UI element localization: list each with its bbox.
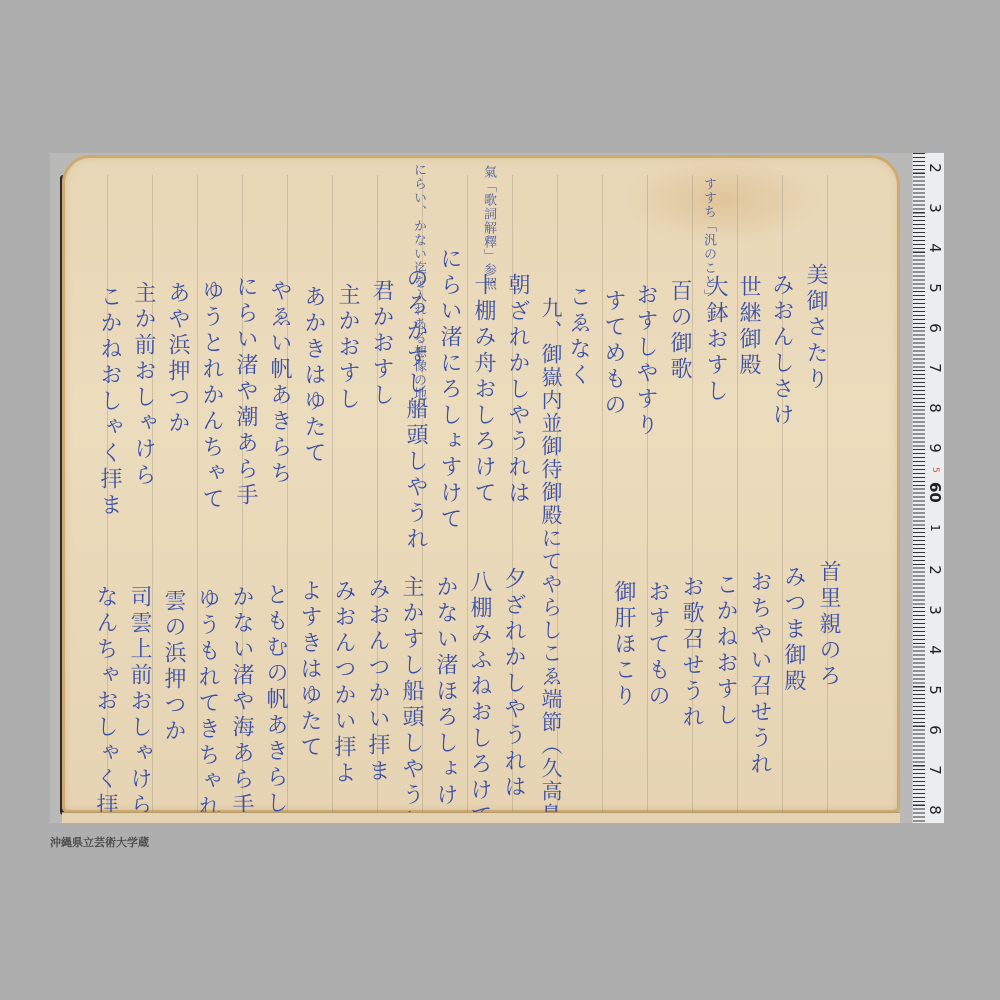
manuscript-column: にらい渚や潮あら手 <box>234 275 256 509</box>
manuscript-column: 主かおすし <box>336 283 358 413</box>
interlinear-note: にらい、かない迄を入れある想像の地名 <box>412 163 425 253</box>
ruler-label: 5 <box>926 682 944 698</box>
manuscript-column: かない渚や海あら手 <box>230 585 252 813</box>
manuscript-column: ゆうもれてきちゃれ <box>196 587 218 813</box>
manuscript-column: こかねおしゃく拝ま <box>98 285 120 519</box>
ruler-label: 5 <box>926 280 944 296</box>
manuscript-column: あや浜押つか <box>166 281 188 437</box>
manuscript-column: 夕ざれかしやうれは <box>502 567 524 801</box>
manuscript-column: 首里親のろ <box>817 560 839 690</box>
fingerprint-stain <box>622 155 822 245</box>
manuscript-column: みつま御殿 <box>782 565 804 695</box>
manuscript-column: なんちゃおしゃく拝ま <box>94 585 116 813</box>
ruler-label: 7 <box>926 360 944 376</box>
manuscript-column: やゑい帆あきらち <box>268 279 290 487</box>
manuscript-column: にらい渚にろしょすけて <box>438 247 460 533</box>
manuscript-column: おすしやすり <box>634 283 656 439</box>
manuscript-column: 御肝ほこり <box>612 580 634 710</box>
manuscript-column: 主か前おしゃけら <box>132 281 154 489</box>
ruler-label: 3 <box>926 200 944 216</box>
ruler-label: 1 <box>928 520 942 536</box>
ruler-red-mark: 5 <box>930 462 940 478</box>
ruler-label: 60 <box>926 482 944 498</box>
measuring-ruler: 2 3 4 5 6 7 8 9 5 60 1 2 3 4 5 6 7 8 <box>912 153 944 823</box>
ruler-label: 8 <box>926 400 944 416</box>
ruler-label: 3 <box>926 602 944 618</box>
manuscript-column: 朝ざれかしやうれは <box>506 273 528 507</box>
manuscript-column: お歌召せうれ <box>680 575 702 731</box>
ruler-ticks <box>913 153 925 823</box>
section-heading: 九、御嶽内並御待御殿にてやらしこゑ端節（久高島） <box>540 297 561 813</box>
manuscript-column: すてめもの <box>602 289 624 419</box>
ruler-label: 6 <box>926 722 944 738</box>
manuscript-column: こゑなく <box>567 285 589 389</box>
manuscript-column: よすきはゆたて <box>298 579 320 761</box>
manuscript-column: 美御さたり <box>804 263 826 393</box>
manuscript-column: おちやい召せうれ <box>748 570 770 778</box>
ruler-label: 2 <box>926 160 944 176</box>
ruler-label: 8 <box>926 802 944 818</box>
manuscript-column: 八棚みふねおしろけて <box>468 570 490 813</box>
manuscript-column: 司雲上前おしゃけら <box>128 585 150 813</box>
manuscript-column: あかきはゆたて <box>302 285 324 467</box>
manuscript-column: 主かすし船頭しやうれ <box>400 575 422 813</box>
ruler-label: 7 <box>926 762 944 778</box>
ruler-label: 6 <box>926 320 944 336</box>
manuscript-page: 美御さたり みおんしさけ 世継御殿 大鉢おすし すすち「汎のこと」 百の御歌 お… <box>62 155 900 813</box>
interlinear-note: 氣「歌詞解釋」参照 <box>482 165 495 291</box>
manuscript-column: みおんつかい拝よ <box>332 579 354 787</box>
manuscript-column: 雲の浜押つか <box>162 589 184 745</box>
manuscript-column: みおんつかい拝ま <box>366 577 388 785</box>
manuscript-column: 君かおすし <box>370 279 392 409</box>
ruler-label: 4 <box>926 642 944 658</box>
manuscript-column: かない渚ほろしょけて <box>434 575 456 813</box>
manuscript-column: こかねおすし <box>714 573 736 729</box>
manuscript-column: のろかすし船頭しやうれ <box>404 267 426 553</box>
next-page-edge <box>62 812 900 823</box>
manuscript-column: 百の御歌 <box>668 279 690 383</box>
ruler-label: 4 <box>926 240 944 256</box>
interlinear-note: すすち「汎のこと」 <box>702 177 715 303</box>
ruler-label: 2 <box>926 562 944 578</box>
manuscript-column: ともむの帆あきらし <box>264 583 286 813</box>
collection-credit: 沖縄県立芸術大学蔵 <box>50 834 149 850</box>
manuscript-column: おすてもの <box>646 580 668 710</box>
manuscript-column: ゆうとれかんちゃて <box>200 279 222 513</box>
manuscript-column: 世継御殿 <box>737 275 759 379</box>
ruler-label: 9 <box>926 440 944 456</box>
manuscript-column: 十棚み舟おしろけて <box>472 273 494 507</box>
manuscript-column: みおんしさけ <box>770 273 792 429</box>
